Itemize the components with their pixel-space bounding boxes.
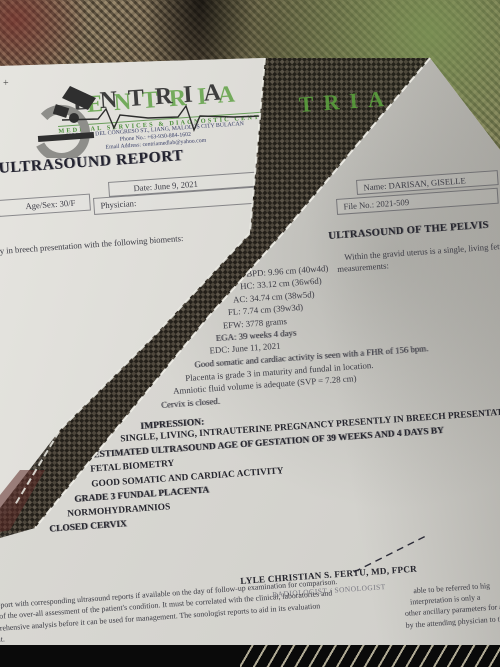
fabric-slashes: [240, 645, 500, 667]
biometrics-list: BPD: 9.96 cm (40w4d) HC: 33.12 cm (36w6d…: [200, 256, 426, 358]
bottom-fabric-band: [0, 645, 500, 667]
footer-disclaimer-left: report with corresponding ultrasound rep…: [0, 573, 376, 645]
impression-list: SINGLE, LIVING, INTRAUTERINE PREGNANCY P…: [42, 405, 500, 537]
brand-ghost-underlying-sheet: TRIA: [298, 85, 395, 118]
document-photo: Name: DARISAN, GISELLE File No.: 2021-50…: [0, 0, 500, 667]
age-sex: Age/Sex: 30/F: [0, 195, 90, 213]
plus-mark: +: [3, 78, 9, 89]
left-paragraph-fragment: ly in breech presentation with the follo…: [0, 233, 184, 256]
exam-heading: ULTRASOUND OF THE PELVIS: [328, 220, 489, 242]
brand-text: ENTRIA: [72, 79, 233, 117]
footer-disclaimer-right: able to be referred to hig interpretatio…: [403, 576, 500, 630]
field-age-sex: Age/Sex: 30/F: [0, 194, 91, 217]
